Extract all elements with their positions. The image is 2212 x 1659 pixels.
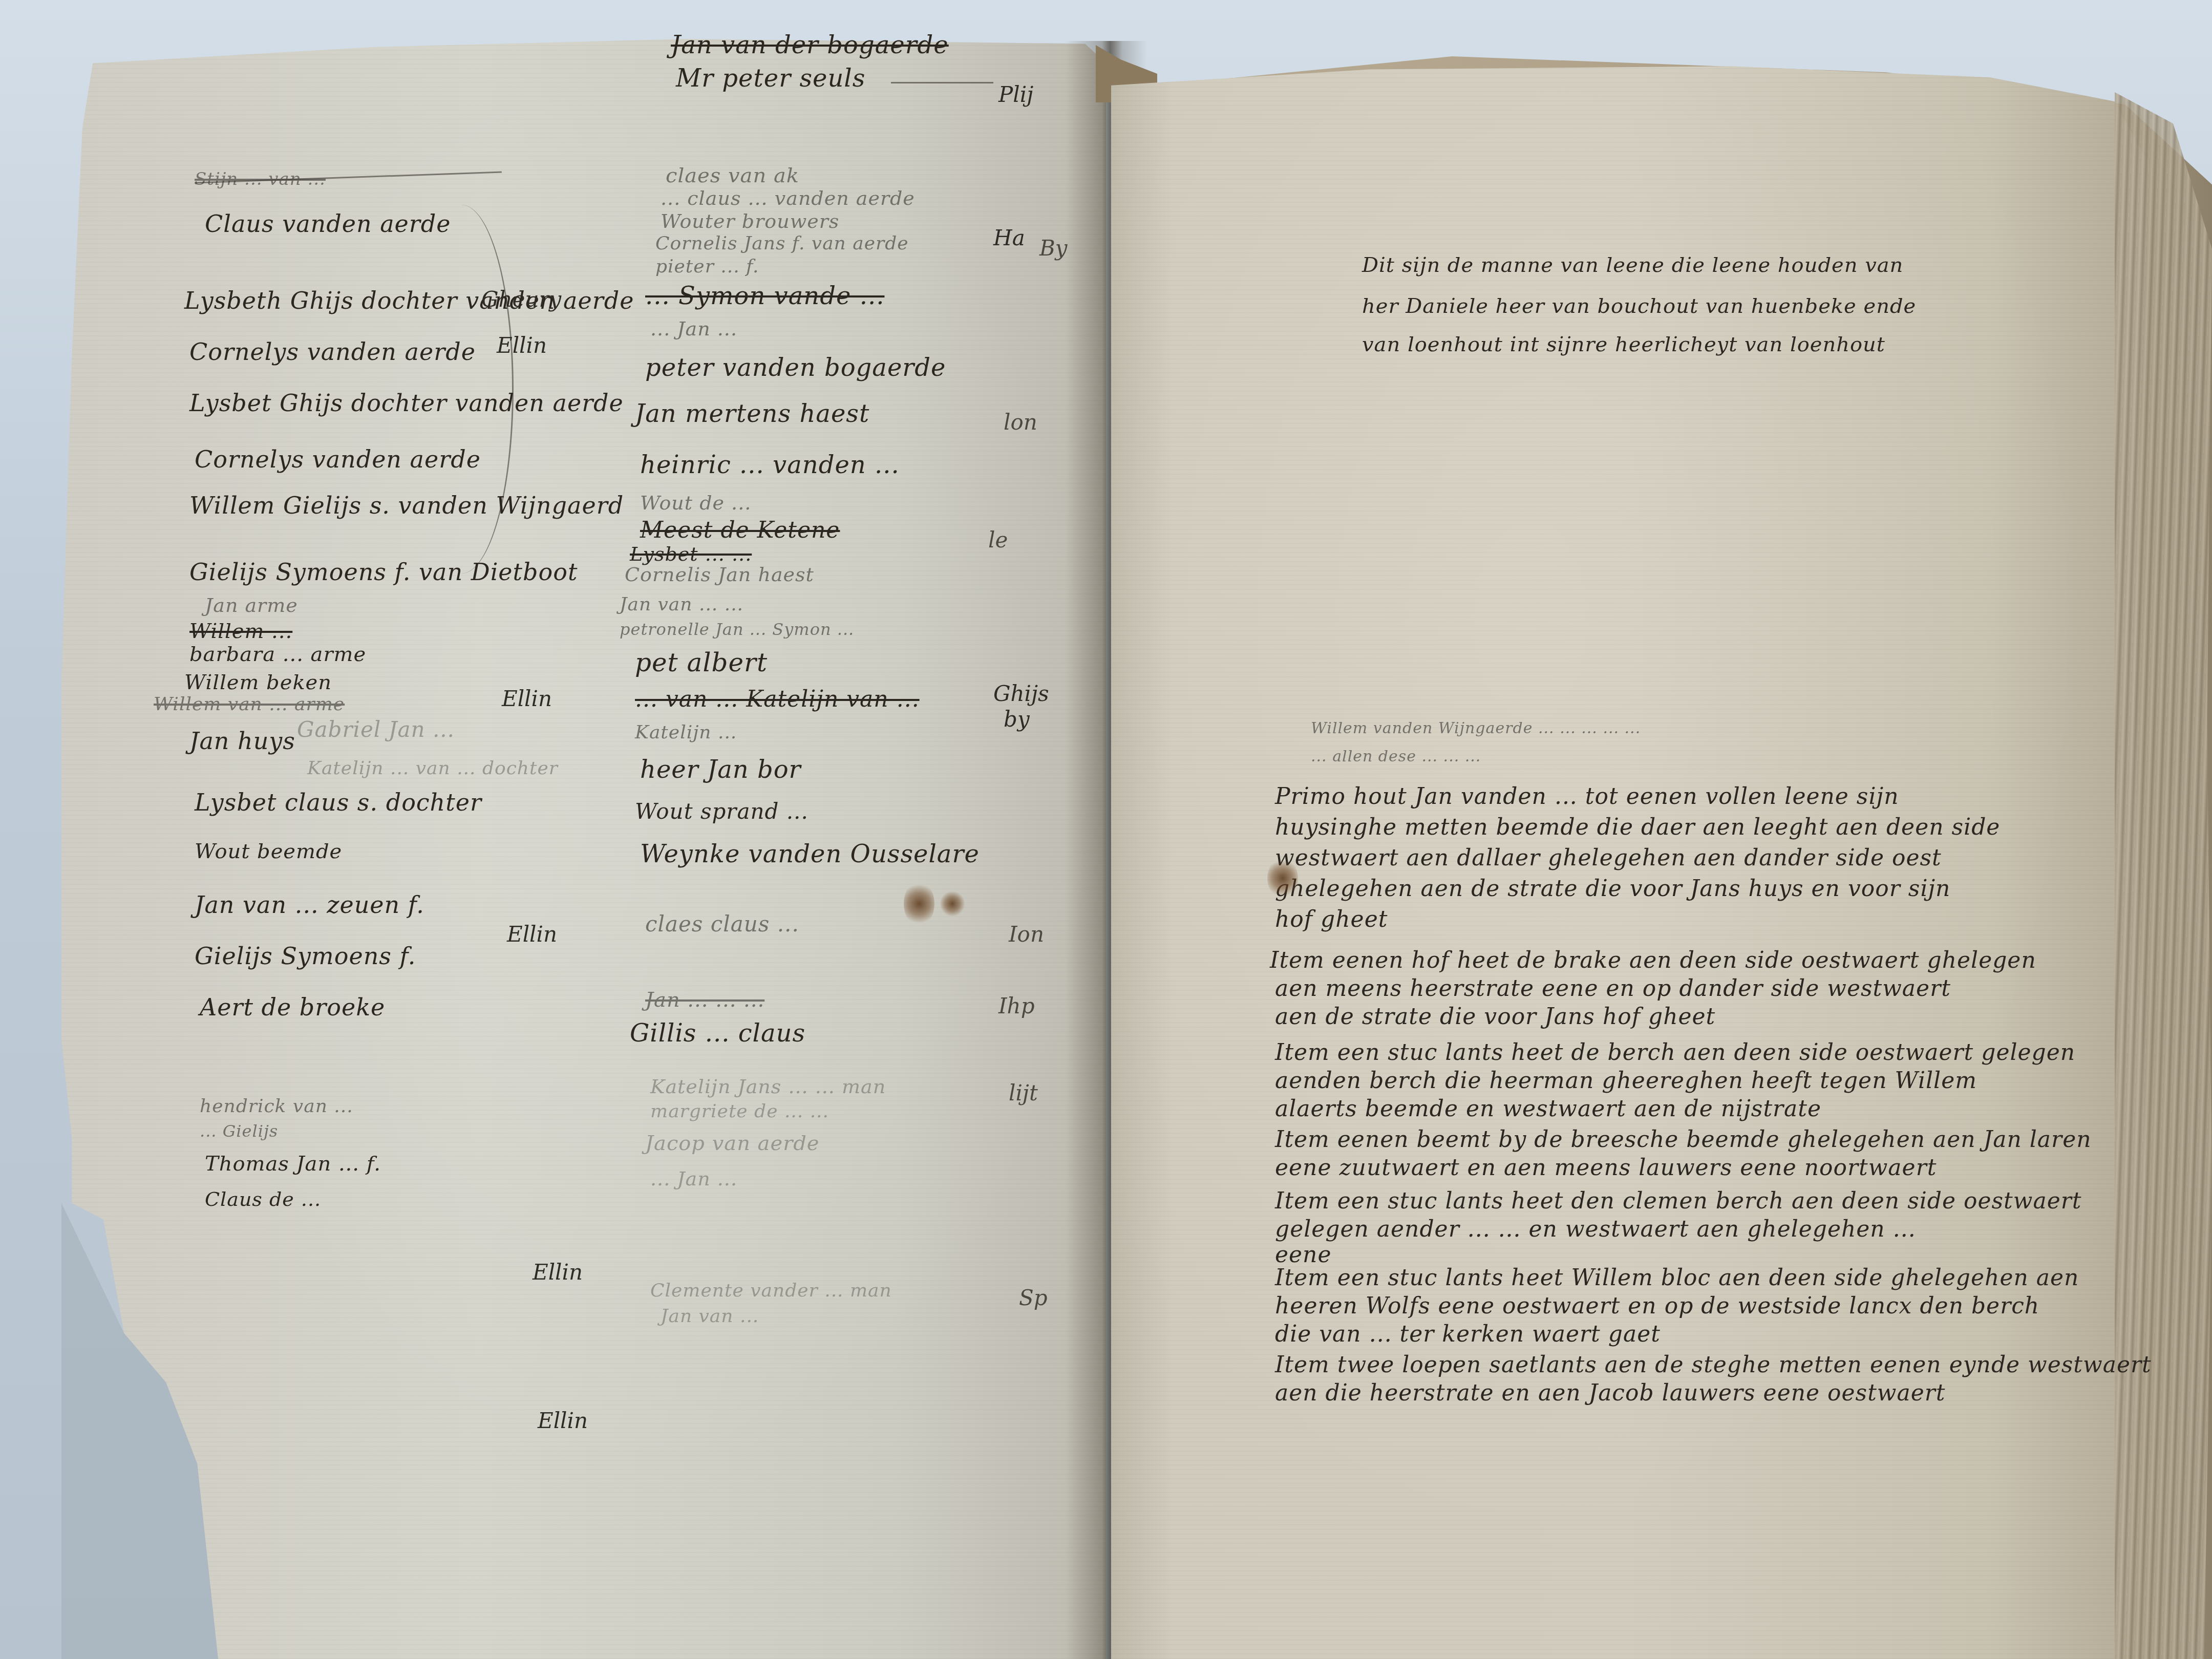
list-line: Claus de ... (205, 1188, 321, 1210)
list-line: Lysbet claus s. dochter (195, 789, 482, 816)
entry-line: ghelegehen aen de strate die voor Jans h… (1275, 876, 1950, 902)
ink-stain (940, 891, 965, 917)
entry-line: aen de strate die voor Jans hof gheet (1275, 1004, 1715, 1030)
margin-annotation: Ha (993, 225, 1025, 250)
list-line: pet albert (635, 648, 768, 677)
list-line: claes claus ... (645, 911, 799, 937)
list-line: Wout beemde (195, 840, 342, 863)
entry-line: Item een stuc lants heet den clemen berc… (1275, 1188, 2081, 1214)
list-line: Cornelis Jans f. van aerde (655, 233, 909, 254)
margin-annotation: Ellin (533, 1260, 583, 1285)
bracket-mark (410, 205, 514, 573)
connector-line (891, 82, 993, 83)
list-line: ... van ... Katelijn van ... (635, 686, 920, 712)
list-line: Jan mertens haest (635, 399, 869, 428)
list-line: Gillis ... claus (630, 1019, 805, 1048)
margin-annotation: lon (1004, 410, 1037, 435)
list-line: Willem Gielijs s. vanden Wijngaerd (189, 492, 624, 519)
entry-line: alaerts beemde en westwaert aen de nijst… (1275, 1096, 1821, 1122)
margin-annotation: Ihp (998, 993, 1035, 1018)
note-line: ... allen dese ... ... ... (1311, 748, 1481, 765)
margin-annotation: Plij (998, 82, 1033, 107)
list-line: ... Symon vande ... (645, 282, 884, 310)
margin-annotation: By (1039, 236, 1068, 261)
list-line: Willem beken (184, 671, 332, 694)
entry-line: Item een stuc lants heet de berch aen de… (1275, 1039, 2075, 1066)
entry-line: eene zuutwaert en aen meens lauwers eene… (1275, 1155, 1937, 1181)
entry-line: heeren Wolfs eene oestwaert en op de wes… (1275, 1293, 2039, 1319)
margin-annotation: Ellin (497, 333, 547, 358)
list-line: ... Jan ... (650, 1167, 737, 1190)
entry-line: westwaert aen dallaer ghelegehen aen dan… (1275, 845, 1942, 871)
margin-annotation: lijt (1009, 1080, 1038, 1105)
entry-line: eene (1275, 1242, 1331, 1268)
entry-line: gelegen aender ... ... en westwaert aen … (1275, 1216, 1916, 1242)
list-line: petronelle Jan ... Symon ... (620, 620, 854, 639)
list-line: ... Jan ... (650, 317, 737, 340)
list-line: Aert de broeke (200, 993, 385, 1021)
list-line: Katelijn Jans ... ... man (650, 1075, 886, 1098)
entry-line: aen meens heerstrate eene en op dander s… (1275, 975, 1951, 1002)
margin-annotation: Ellin (502, 686, 552, 711)
list-line: Gielijs Symoens f. (195, 942, 416, 970)
list-line: Cornelis Jan haest (625, 563, 814, 586)
list-line: Wout de ... (640, 492, 751, 514)
margin-annotation: Ellin (538, 1408, 588, 1433)
entry-line: Item eenen beemt by de breesche beemde g… (1275, 1126, 2092, 1153)
entry-line: Item eenen hof heet de brake aen deen si… (1270, 947, 2036, 973)
list-line: heer Jan bor (640, 755, 801, 784)
list-line: Jan arme (205, 594, 298, 616)
list-line: Jan ... ... ... (645, 988, 764, 1012)
margin-annotation: Gheury (481, 287, 561, 312)
list-line: Willem van ... arme (154, 694, 345, 715)
entry-line: die van ... ter kerken waert gaet (1275, 1321, 1661, 1347)
list-line: Weynke vanden Ousselare (640, 840, 980, 868)
ink-stain (904, 881, 934, 927)
margin-annotation: Ellin (507, 922, 557, 947)
list-line: Gielijs Symoens f. van Dietboot (189, 558, 578, 586)
list-line: claes van ak (666, 164, 799, 187)
list-line: barbara ... arme (189, 643, 366, 666)
list-line: ... claus ... vanden aerde (661, 187, 915, 209)
margin-annotation: Ghijs (993, 681, 1049, 706)
list-line: Jacop van aerde (645, 1132, 820, 1155)
list-line: Katelijn ... van ... dochter (307, 758, 558, 779)
list-line: Jan huys (189, 727, 295, 755)
entry-line: Item een stuc lants heet Willem bloc aen… (1275, 1265, 2079, 1291)
list-line: heinric ... vanden ... (640, 451, 900, 479)
list-line: Jan van ... ... (620, 594, 743, 615)
margin-annotation: Sp (1019, 1285, 1048, 1310)
list-line: Katelijn ... (635, 722, 737, 743)
ink-stain (1267, 858, 1298, 899)
entry-line: Primo hout Jan vanden ... tot eenen voll… (1275, 783, 1899, 810)
entry-line: Item twee loepen saetlants aen de steghe… (1275, 1352, 2152, 1378)
list-line: Wouter brouwers (661, 210, 839, 232)
note-line: Willem vanden Wijngaerde ... ... ... ...… (1311, 719, 1641, 737)
entry-line: aen die heerstrate en aen Jacob lauwers … (1275, 1380, 1945, 1406)
entry-line: hof gheet (1275, 906, 1388, 932)
list-line: Lysbet ... ... (630, 543, 752, 565)
entry-line: huysinghe metten beemde die daer aen lee… (1275, 814, 2000, 840)
list-line: Gabriel Jan ... (297, 717, 455, 742)
list-line: Mr peter seuls (676, 64, 865, 93)
list-line: Clemente vander ... man (650, 1280, 892, 1301)
margin-annotation: le (988, 527, 1008, 552)
margin-annotation: by (1004, 707, 1030, 732)
list-line: Wout sprand ... (635, 799, 809, 824)
list-line: Jan van der bogaerde (671, 31, 949, 59)
heading-line: Dit sijn de manne van leene die leene ho… (1362, 253, 1903, 277)
list-line: peter vanden bogaerde (645, 353, 946, 382)
list-line: ... Gielijs (200, 1121, 278, 1141)
list-line: Willem ... (189, 620, 292, 643)
margin-annotation: Ion (1009, 922, 1044, 947)
list-line: Lysbet Ghijs dochter vanden aerde (189, 389, 624, 417)
heading-line: her Daniele heer van bouchout van huenbe… (1362, 294, 1916, 318)
list-line: Meest de Ketene (640, 517, 840, 543)
entry-line: aenden berch die heerman gheereghen heef… (1275, 1068, 1977, 1094)
list-line: Jan van ... (661, 1306, 759, 1327)
heading-line: van loenhout int sijnre heerlicheyt van … (1362, 333, 1885, 356)
list-line: Thomas Jan ... f. (205, 1152, 381, 1176)
list-line: hendrick van ... (200, 1096, 353, 1117)
list-line: Jan van ... zeuen f. (195, 891, 424, 919)
list-line: margriete de ... ... (650, 1101, 829, 1122)
list-line: pieter ... f. (655, 256, 759, 277)
frayed-page-edges (2115, 92, 2212, 1659)
